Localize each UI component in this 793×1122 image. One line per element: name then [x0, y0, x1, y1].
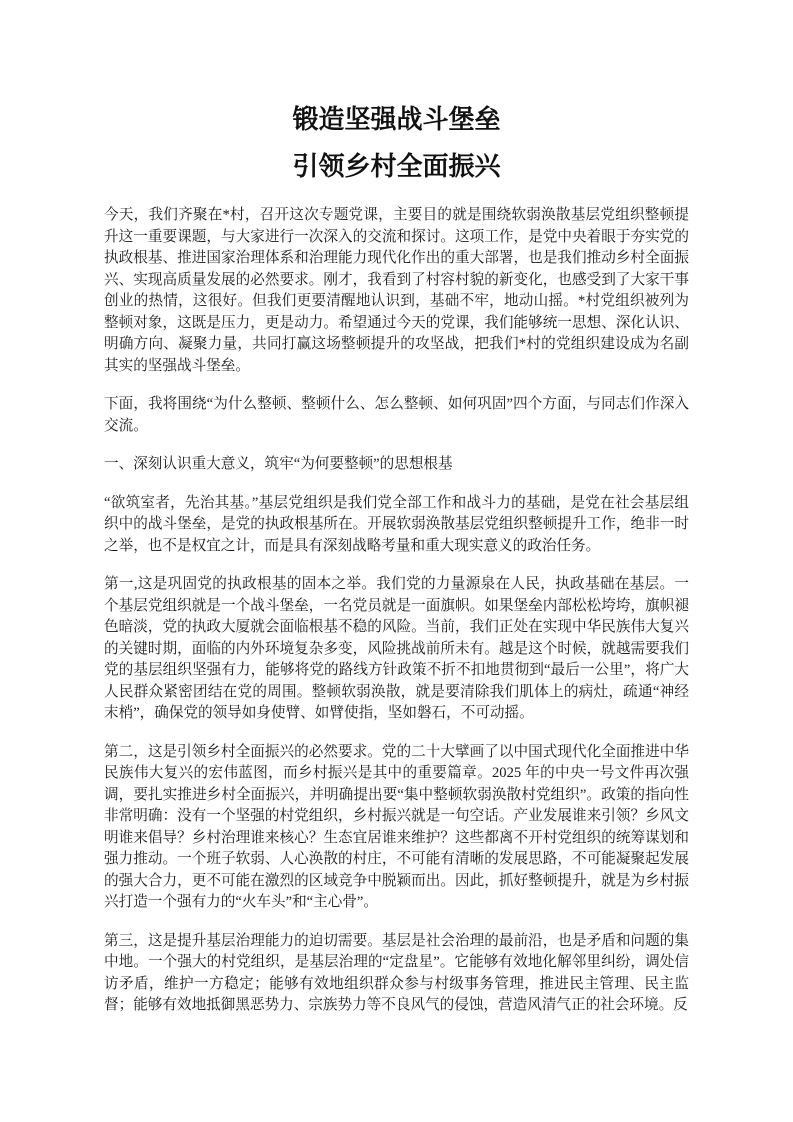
paragraph-point-2: 第二，这是引领乡村全面振兴的必然要求。党的二十大擘画了以中国式现代化全面推进中华… — [104, 742, 689, 914]
title-line-1: 锻造坚强战斗堡垒 — [104, 96, 689, 143]
document-page: 锻造坚强战斗堡垒 引领乡村全面振兴 今天，我们齐聚在*村，召开这次专题党课，主要… — [0, 0, 793, 1122]
paragraph-section1-intro: “欲筑室者，先治其基。”基层党组织是我们党全部工作和战斗力的基础，是党在社会基层… — [104, 493, 689, 558]
paragraph-point-3: 第三，这是提升基层治理能力的迫切需要。基层是社会治理的最前沿，也是矛盾和问题的集… — [104, 931, 689, 1017]
paragraph-outline: 下面，我将围绕“为什么整顿、整顿什么、怎么整顿、如何巩固”四个方面，与同志们作深… — [104, 394, 689, 437]
title-line-2: 引领乡村全面振兴 — [104, 143, 689, 190]
paragraph-point-1: 第一,这是巩固党的执政根基的固本之举。我们党的力量源泉在人民，执政基础在基层。一… — [104, 574, 689, 725]
section-heading-1: 一、深刻认识重大意义，筑牢“为何要整顿”的思想根基 — [104, 454, 689, 476]
paragraph-opening: 今天，我们齐聚在*村，召开这次专题党课，主要目的就是围绕软弱涣散基层党组织整顿提… — [104, 205, 689, 377]
document-title: 锻造坚强战斗堡垒 引领乡村全面振兴 — [104, 96, 689, 190]
